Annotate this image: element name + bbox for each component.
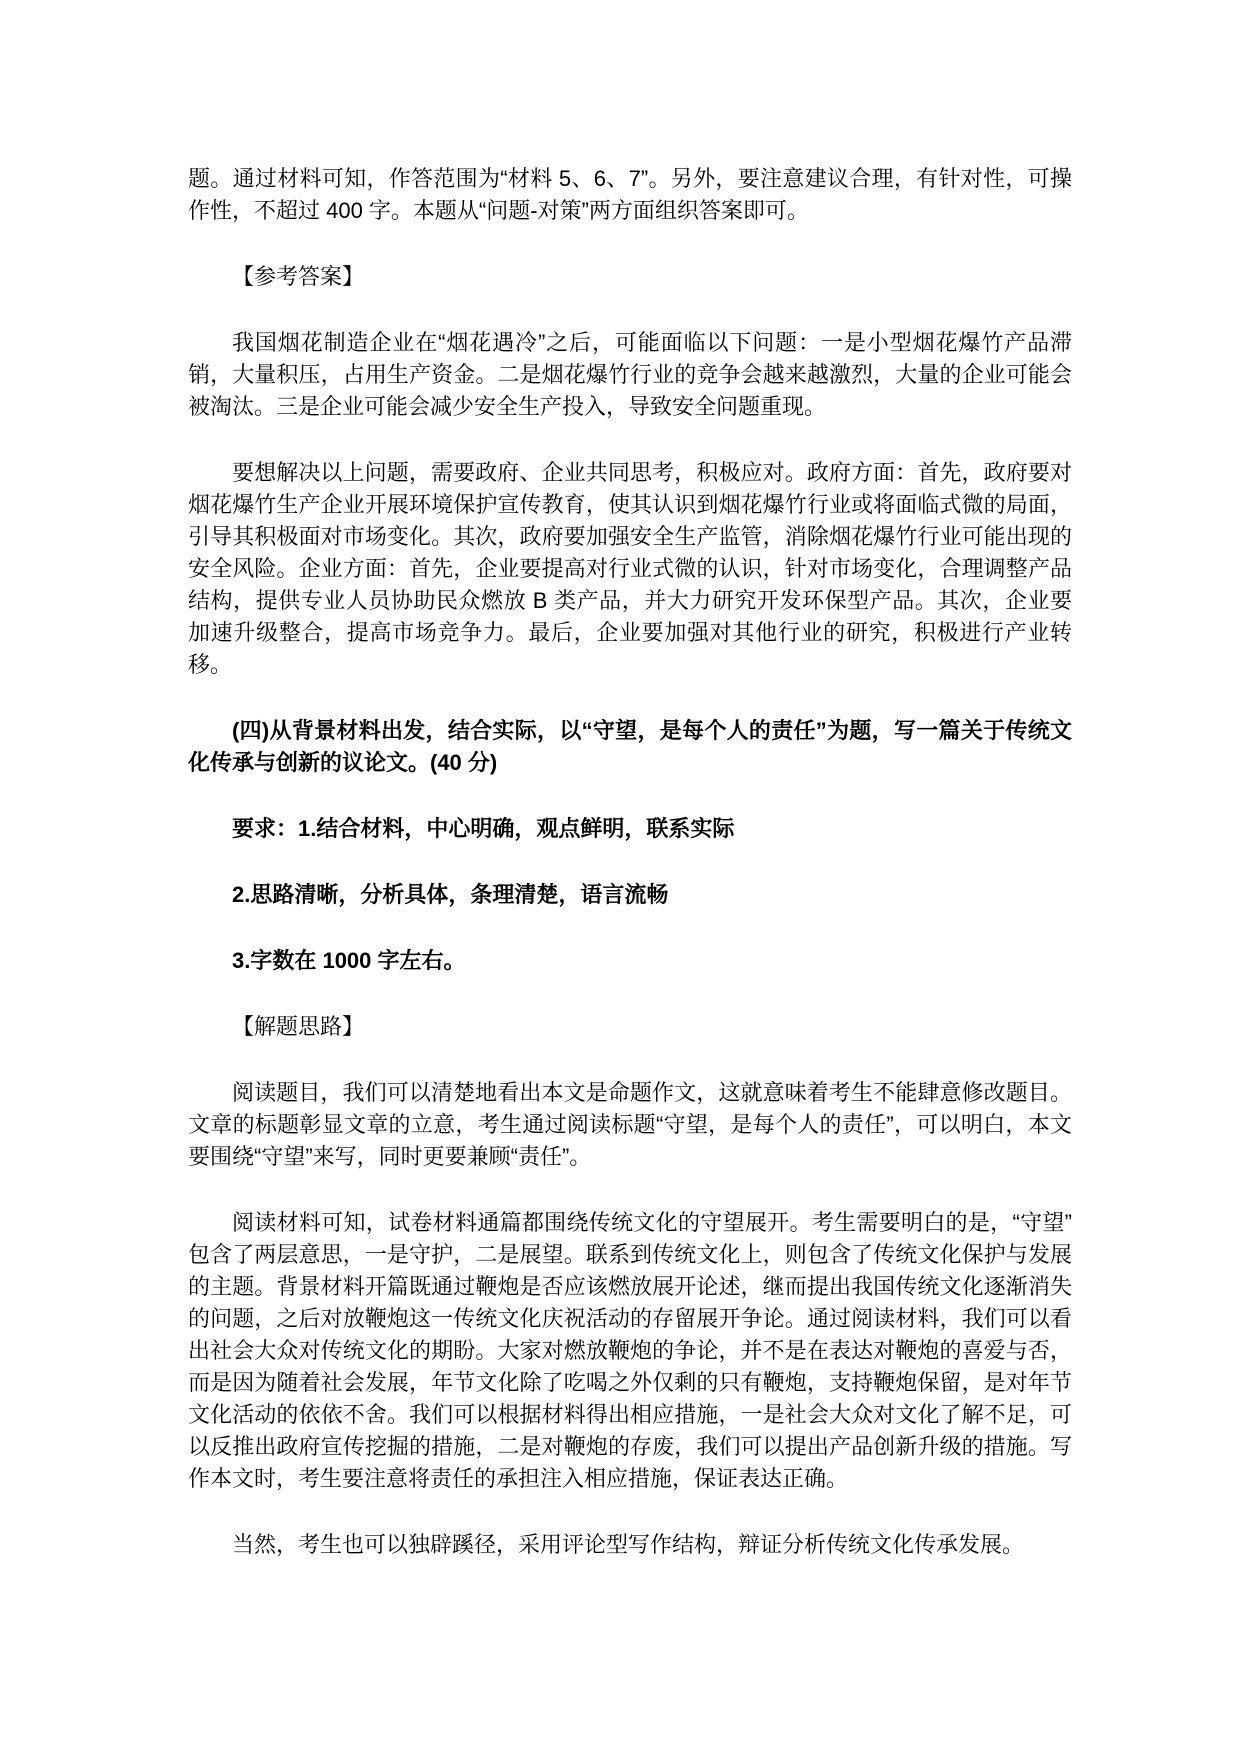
requirement-item-2: 2.思路清晰，分析具体，条理清楚，语言流畅	[188, 879, 1072, 911]
continuation-paragraph: 题。通过材料可知，作答范围为“材料 5、6、7”。另外，要注意建议合理，有针对性…	[188, 163, 1072, 227]
reference-answer-header: 【参考答案】	[188, 261, 1072, 293]
analysis-material-paragraph: 阅读材料可知，试卷材料通篇都围绕传统文化的守望展开。考生需要明白的是，“守望”包…	[188, 1207, 1072, 1495]
closing-paragraph: 当然，考生也可以独辟蹊径，采用评论型写作结构，辩证分析传统文化传承发展。	[188, 1529, 1072, 1561]
solution-approach-header: 【解题思路】	[188, 1011, 1072, 1043]
analysis-title-paragraph: 阅读题目，我们可以清楚地看出本文是命题作文，这就意味着考生不能肆意修改题目。文章…	[188, 1077, 1072, 1173]
requirement-item-3: 3.字数在 1000 字左右。	[188, 945, 1072, 977]
answer-measures-paragraph: 要想解决以上问题，需要政府、企业共同思考，积极应对。政府方面：首先，政府要对烟花…	[188, 457, 1072, 681]
answer-problems-paragraph: 我国烟花制造企业在“烟花遇冷”之后，可能面临以下问题：一是小型烟花爆竹产品滞销，…	[188, 327, 1072, 423]
document-page: 题。通过材料可知，作答范围为“材料 5、6、7”。另外，要注意建议合理，有针对性…	[0, 0, 1240, 1754]
question-four-heading: (四)从背景材料出发，结合实际，以“守望，是每个人的责任”为题，写一篇关于传统文…	[188, 715, 1072, 779]
requirement-item-1: 要求：1.结合材料，中心明确，观点鲜明，联系实际	[188, 813, 1072, 845]
